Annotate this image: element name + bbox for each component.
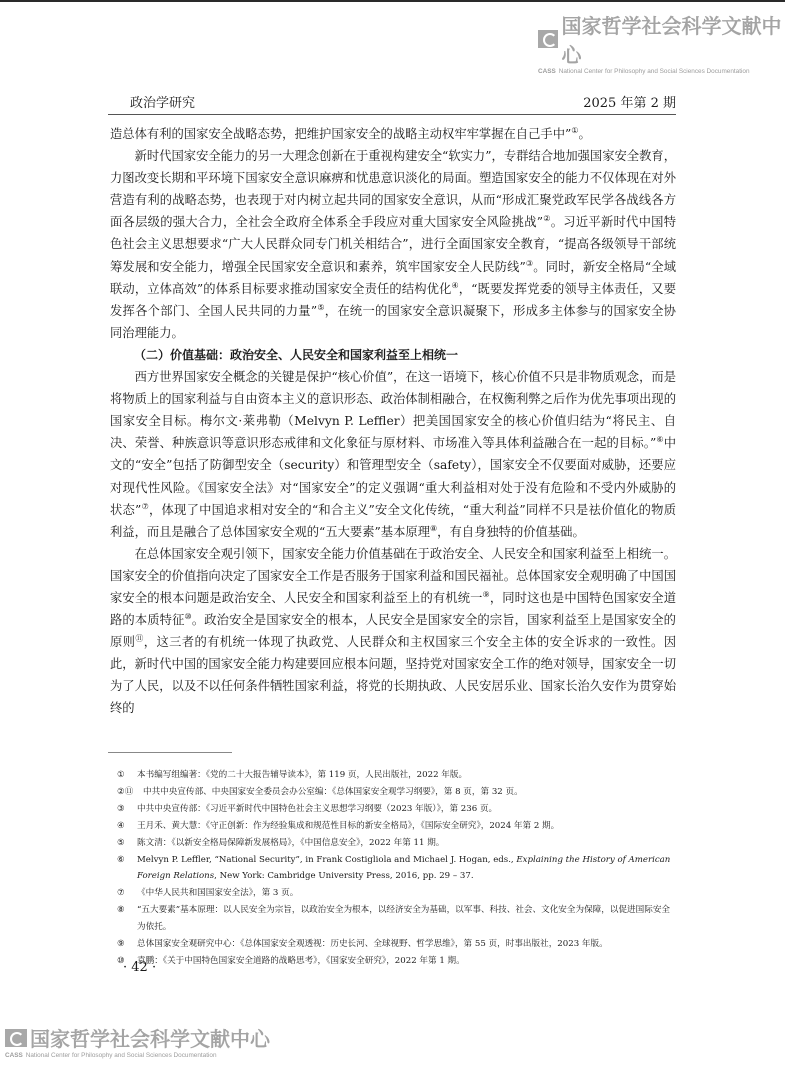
footnote: ⑤陈文清：《以新安全格局保障新发展格局》，《中国信息安全》，2022 年第 11… <box>117 835 677 852</box>
footnote-ref[interactable]: ⑨ <box>483 590 490 599</box>
paragraph-1: 造总体有利的国家安全战略态势，把维护国家安全的战略主动权牢牢掌握在自己手中”①。 <box>110 123 676 145</box>
paragraph-3: 西方世界国家安全概念的关键是保护“核心价值”，在这一语境下，核心价值不只是非物质… <box>110 366 676 543</box>
page-number: · 42 · <box>123 960 156 975</box>
footnote: ⑦《中华人民共和国国家安全法》，第 3 页。 <box>117 885 677 902</box>
footnote-text: 中共中央宣传部：《习近平新时代中国特色社会主义思想学习纲要（2023 年版）》，… <box>137 801 677 818</box>
footnote-ref[interactable]: ⑦ <box>141 502 149 511</box>
footnote: ⑨总体国家安全观研究中心：《总体国家安全观透视：历史长河、全球视野、哲学思维》，… <box>117 936 677 953</box>
footnote: ①本书编写组编著：《党的二十大报告辅导读本》，第 119 页，人民出版社，202… <box>117 767 677 784</box>
footnote: ②⑪中共中央宣传部、中央国家安全委员会办公室编：《总体国家安全观学习纲要》，第 … <box>117 784 677 801</box>
footnote-number: ⑧ <box>117 902 137 936</box>
header-rule <box>108 114 676 115</box>
footnotes: ①本书编写组编著：《党的二十大报告辅导读本》，第 119 页，人民出版社，202… <box>117 767 677 970</box>
citation-text: Melvyn P. Leffler, “National Security”, … <box>137 855 516 865</box>
footnote-text: Melvyn P. Leffler, “National Security”, … <box>137 852 677 886</box>
footnote: ③中共中央宣传部：《习近平新时代中国特色社会主义思想学习纲要（2023 年版）》… <box>117 801 677 818</box>
citation-text: , New York: Cambridge University Press, … <box>214 871 473 881</box>
cass-logo-icon <box>5 1029 27 1047</box>
watermark-prefix: CASS <box>5 1052 23 1059</box>
top-border <box>0 0 785 2</box>
footnote-text: 本书编写组编著：《党的二十大报告辅导读本》，第 119 页，人民出版社，2022… <box>137 767 677 784</box>
footnote-number: ③ <box>117 801 137 818</box>
watermark-prefix: CASS <box>538 68 556 75</box>
paragraph-text: 西方世界国家安全概念的关键是保护“核心价值”，在这一语境下，核心价值不只是非物质… <box>110 370 676 450</box>
footnote-number: ⑨ <box>117 936 137 953</box>
footnote-text: 陈文清：《以新安全格局保障新发展格局》，《中国信息安全》，2022 年第 11 … <box>137 835 677 852</box>
watermark-subtitle: National Center for Philosophy and Socia… <box>559 68 750 75</box>
footnote-ref[interactable]: ⑪ <box>135 634 143 643</box>
paragraph-text: ，有自身独特的价值基础。 <box>437 525 585 539</box>
footnote: ⑥Melvyn P. Leffler, “National Security”,… <box>117 852 677 886</box>
footnote: ⑩袁鹏：《关于中国特色国家安全道路的战略思考》，《国家安全研究》，2022 年第… <box>117 953 677 970</box>
paragraph-4: 在总体国家安全观引领下，国家安全能力价值基础在于政治安全、人民安全和国家利益至上… <box>110 543 676 720</box>
issue-label: 2025 年第 2 期 <box>583 92 676 111</box>
cass-logo-icon <box>538 30 558 48</box>
paragraph-text: 。 <box>578 127 590 141</box>
watermark-subtitle: National Center for Philosophy and Socia… <box>26 1052 217 1059</box>
section-heading: （二）价值基础：政治安全、人民安全和国家利益至上相统一 <box>110 344 676 366</box>
journal-title: 政治学研究 <box>130 92 195 111</box>
footnote-number: ⑦ <box>117 885 137 902</box>
footnote: ④王月禾、黄大慧：《守正创新：作为经验集成和规范性目标的新安全格局》，《国际安全… <box>117 818 677 835</box>
footnote-text: 总体国家安全观研究中心：《总体国家安全观透视：历史长河、全球视野、哲学思维》，第… <box>137 936 677 953</box>
footnote-number: ⑤ <box>117 835 137 852</box>
footnote-text: “五大要素”基本原理：以人民安全为宗旨，以政治安全为根本，以经济安全为基础，以军… <box>137 902 677 936</box>
footnote-ref[interactable]: ⑤ <box>317 303 325 312</box>
watermark-title: 国家哲学社会科学文献中心 <box>561 10 785 68</box>
footnote-text: 袁鹏：《关于中国特色国家安全道路的战略思考》，《国家安全研究》，2022 年第 … <box>137 953 677 970</box>
paragraph-2: 新时代国家安全能力的另一大理念创新在于重视构建安全“软实力”，专群结合地加强国家… <box>110 145 676 344</box>
footnote-number: ④ <box>117 818 137 835</box>
running-head: 政治学研究 2025 年第 2 期 <box>110 90 676 112</box>
footnote-ref[interactable]: ④ <box>451 281 458 290</box>
footnote-ref[interactable]: ⑥ <box>656 435 663 444</box>
watermark-bottom: 国家哲学社会科学文献中心 CASSNational Center for Phi… <box>5 1023 270 1059</box>
footnote-number: ① <box>117 767 137 784</box>
footnote: ⑧“五大要素”基本原理：以人民安全为宗旨，以政治安全为根本，以经济安全为基础，以… <box>117 902 677 936</box>
article-body: 造总体有利的国家安全战略态势，把维护国家安全的战略主动权牢牢掌握在自己手中”①。… <box>110 123 676 720</box>
footnote-number: ②⑪ <box>117 784 143 801</box>
watermark-top: 国家哲学社会科学文献中心 CASSNational Center for Phi… <box>538 10 785 75</box>
watermark-title: 国家哲学社会科学文献中心 <box>30 1023 270 1052</box>
paragraph-text: ，这三者的有机统一体现了执政党、人民群众和主权国家三个安全主体的安全诉求的一致性… <box>110 635 676 715</box>
footnote-ref[interactable]: ② <box>543 214 551 223</box>
footnote-ref[interactable]: ⑩ <box>185 612 192 621</box>
footnote-text: 《中华人民共和国国家安全法》，第 3 页。 <box>137 885 677 902</box>
footnote-number: ⑥ <box>117 852 137 886</box>
footnote-rule <box>108 752 232 753</box>
paragraph-text: 造总体有利的国家安全战略态势，把维护国家安全的战略主动权牢牢掌握在自己手中” <box>110 127 571 141</box>
paragraph-text: ，体现了中国追求相对安全的“和合主义”安全文化传统，“重大利益”同样不只是祛价值… <box>110 503 676 539</box>
footnote-text: 王月禾、黄大慧：《守正创新：作为经验集成和规范性目标的新安全格局》，《国际安全研… <box>137 818 677 835</box>
footnote-text: 中共中央宣传部、中央国家安全委员会办公室编：《总体国家安全观学习纲要》，第 8 … <box>143 784 677 801</box>
